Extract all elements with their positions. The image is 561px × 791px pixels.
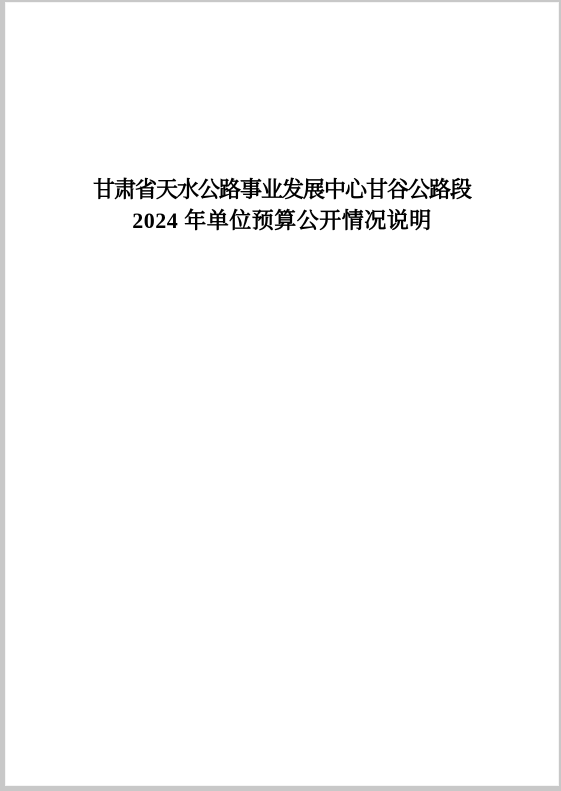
document-title-block: 甘肃省天水公路事业发展中心甘谷公路段 2024 年单位预算公开情况说明: [5, 2, 559, 236]
document-title-line-1: 甘肃省天水公路事业发展中心甘谷公路段: [5, 174, 559, 205]
document-title-line-2: 2024 年单位预算公开情况说明: [5, 205, 559, 236]
document-page: 甘肃省天水公路事业发展中心甘谷公路段 2024 年单位预算公开情况说明: [5, 2, 559, 786]
document-viewport: 甘肃省天水公路事业发展中心甘谷公路段 2024 年单位预算公开情况说明: [0, 0, 561, 791]
